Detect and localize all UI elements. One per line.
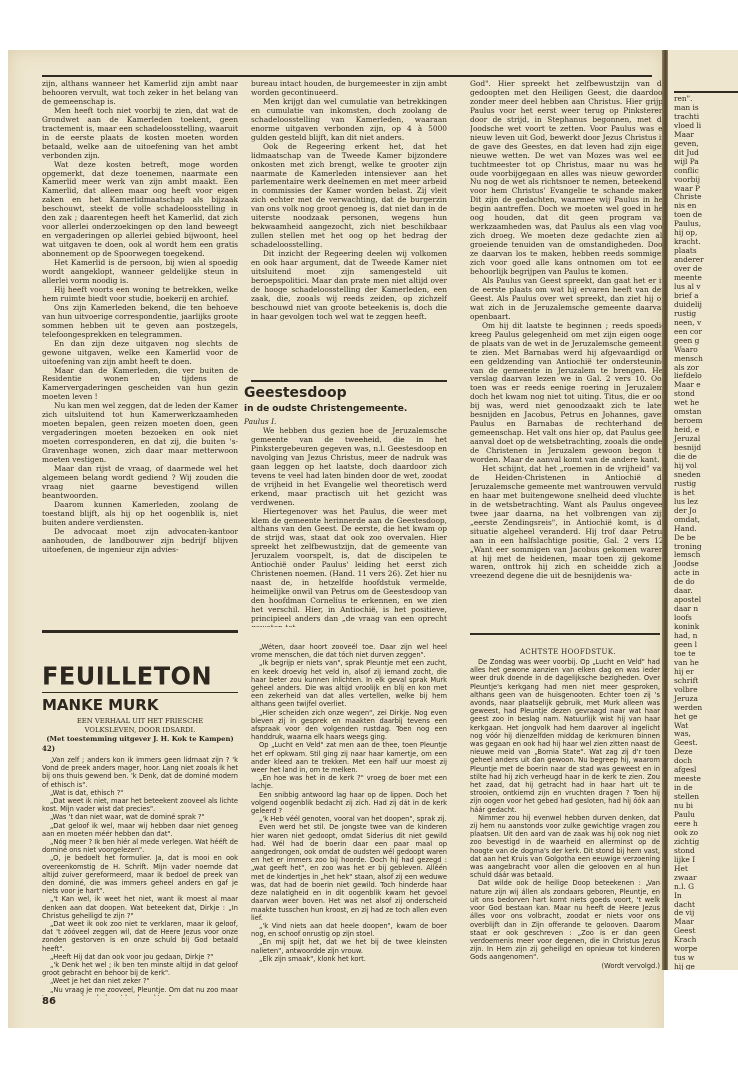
paragraph: Nu kan men wel zeggen, dat de leden der … [42, 402, 238, 465]
publisher-permission: (Met toestemming uitgever J. H. Kok te K… [42, 735, 238, 744]
paragraph: „'t Kan wel, ik weet het niet, want ik m… [42, 895, 238, 920]
paragraph: „Nu vraag je me zooveel, Pleuntje. Om da… [42, 986, 238, 996]
section-rule [251, 380, 447, 382]
paragraph: „Wat is dat, ethisch ?" [42, 789, 238, 797]
paragraph: Hiertegenover was het Paulus, die weer m… [251, 508, 447, 627]
paragraph: Maar dan rijst de vraag, of daarmede wel… [42, 465, 238, 501]
article-title: Geestesdoop [244, 385, 347, 401]
article-author: Paulus I. [244, 417, 276, 426]
paragraph: Op „Lucht en Veld" zat men aan de thee, … [251, 741, 447, 774]
column-2-article: bureau intact houden, de burgemeester in… [251, 80, 447, 322]
paragraph: „'k Heb véél genoten, vooral van het doo… [251, 815, 447, 823]
story-title: MANKE MURK [42, 696, 158, 714]
paragraph: „Nóg meer ? Ik ben hiér al mede verlegen… [42, 838, 238, 854]
paragraph: Als Paulus van Geest spreekt, dan gaat h… [470, 277, 666, 322]
paragraph: „Ik begrijp er niets van", sprak Pleuntj… [251, 659, 447, 708]
feuilleton-heading: FEUILLETON [42, 661, 212, 690]
scan-margin [8, 1028, 738, 1068]
paragraph: Dat wilde ook de heilige Doop beteekenen… [470, 879, 660, 961]
story-column-3: De Zondag was weer voorbij. Op „Lucht en… [470, 658, 660, 970]
feuilleton-underline [42, 692, 238, 693]
paragraph: „En hoe was het in de kerk ?" vroeg de b… [251, 774, 447, 790]
column-3-rule [470, 633, 660, 635]
paragraph: „Dat geloof ik wel, maar wij hebben daar… [42, 822, 238, 838]
paragraph: Ons zijn Kamerleden bekend, die ten beho… [42, 304, 238, 340]
paragraph: „Hier scheiden zich onze wegen", zei Dir… [251, 709, 447, 742]
paragraph: De advocaat moet zijn advocaten-kantoor … [42, 528, 238, 555]
paragraph: God". Hier spreekt het zelfbewustzijn va… [470, 80, 666, 277]
geestesdoop-body: We hebben dus gezien hoe de Jeruzalemsch… [251, 427, 447, 627]
page-number: 86 [42, 996, 56, 1007]
next-page-text-fragment: hij ge [674, 963, 738, 970]
story-subtitle: EEN VERHAAL UIT HET FRIESCHE VOLKSLEVEN,… [42, 717, 238, 744]
column-3-article: God". Hier spreekt het zelfbewustzijn va… [470, 80, 666, 581]
next-page-text-fragment: n.l. G [674, 883, 738, 892]
paragraph: „Heeft Hij dat dan ook voor jou gedaan, … [42, 953, 238, 961]
paragraph: Hij heeft voorts een woning te betrekken… [42, 286, 238, 304]
article-subtitle: in de oudste Christengemeente. [244, 404, 407, 414]
continued-note: (Wordt vervolgd.) [470, 962, 660, 970]
paragraph: Ook de Regeering erkent het, dat het lid… [251, 143, 447, 250]
column-1-article: zijn, althans wanneer het Kamerlid zijn … [42, 80, 238, 555]
paragraph: „Dat weet ik ook zoo niet te verklaren, … [42, 920, 238, 953]
top-rule [42, 75, 652, 77]
paragraph: „Dat weet ik niet, maar het beteekent zo… [42, 797, 238, 813]
chapter-heading: ACHTSTE HOOFDSTUK. [470, 648, 666, 656]
feuilleton-rule [42, 630, 238, 633]
paragraph: „En mij spijt het, dat we het bij de twe… [251, 938, 447, 954]
paragraph: De Zondag was weer voorbij. Op „Lucht en… [470, 658, 660, 814]
paragraph: En dan zijn deze uitgaven nog slechts de… [42, 340, 238, 367]
paragraph: Nimmer zou hij evenwel hebben durven den… [470, 814, 660, 880]
story-column-2: „Wéten, daar hoort zooveél toe. Daar zij… [251, 643, 447, 963]
paragraph: We hebben dus gezien hoe de Jeruzalemsch… [251, 427, 447, 508]
paragraph: „'k Denk het wel ; ik ben ten minste alt… [42, 961, 238, 977]
paragraph: Even werd het stil. De jongste twee van … [251, 823, 447, 921]
paragraph: „Weet je het dan niet zeker ?" [42, 977, 238, 985]
paragraph: „O, je bedoelt het formulier. Ja, dat is… [42, 854, 238, 895]
subtitle-line-1: EEN VERHAAL UIT HET FRIESCHE [42, 717, 238, 726]
next-page-rule [674, 91, 738, 93]
paragraph: zijn, althans wanneer het Kamerlid zijn … [42, 80, 238, 107]
paragraph: „Was 't dan niet waar, wat de dominé spr… [42, 813, 238, 821]
subtitle-line-2: VOLKSLEVEN, DOOR IDSARDI. [42, 726, 238, 735]
paragraph: Men heeft toch niet voorbij te zien, dat… [42, 107, 238, 161]
paragraph: „Van zelf ; anders kon ik immers geen li… [42, 756, 238, 789]
paragraph: „Wéten, daar hoort zooveél toe. Daar zij… [251, 643, 447, 659]
story-column-1: „Van zelf ; anders kon ik immers geen li… [42, 756, 238, 996]
paragraph: „'k Vind niets aan dat heele doopen", kw… [251, 922, 447, 938]
paragraph: „Elk zijn smaak", klonk het kort. [251, 955, 447, 963]
installment-number: 42) [42, 744, 55, 753]
paragraph: Daarom kunnen Kamerleden, zoolang de toe… [42, 501, 238, 528]
next-page-edge: ren". man istrachtivloed li Maargeven,di… [668, 50, 738, 970]
paragraph: Men krijgt dan wel cumulatie van betrekk… [251, 98, 447, 143]
paragraph: Het schijnt, dat het „roemen in de vrijh… [470, 465, 666, 581]
paragraph: Dit inzicht der Regeering deelen wij vol… [251, 250, 447, 322]
paragraph: Maar dan de Kamerleden, die ver buiten d… [42, 367, 238, 403]
paragraph: Om hij dit laatste te beginnen ; reeds s… [470, 322, 666, 465]
paragraph: Wat deze kosten betreft, moge worden opg… [42, 161, 238, 259]
paragraph: bureau intact houden, de burgemeester in… [251, 80, 447, 98]
paragraph: Het Kamerlid is de persoon, bij wien al … [42, 259, 238, 286]
paragraph: Een snibbig antwoord lag haar op de lipp… [251, 791, 447, 816]
